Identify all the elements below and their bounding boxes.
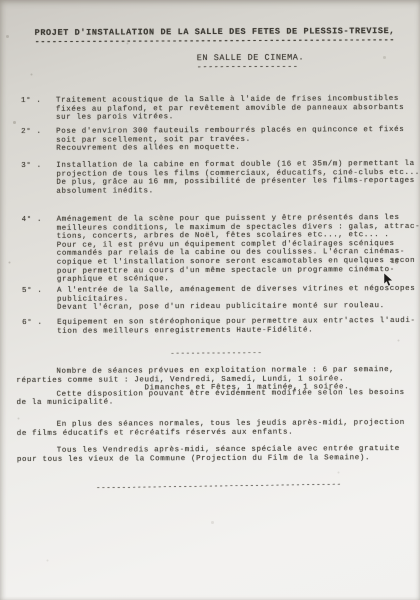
margin-note: 16 (390, 258, 399, 266)
document-page: PROJET D'INSTALLATION DE LA SALLE DES FE… (0, 0, 420, 600)
paragraph: Tous les Vendredis après-midi, séance sp… (17, 445, 400, 464)
mouse-cursor-icon (383, 273, 394, 287)
text-line: pour tous les vieux de la Commune (Proje… (17, 454, 400, 465)
document-content: PROJET D'INSTALLATION DE LA SALLE DES FE… (0, 0, 420, 600)
paragraphs: Nombre de séances prévues en exploitatio… (0, 0, 420, 600)
text-line: de la municipalité. (17, 397, 405, 408)
paragraph: Nombre de séances prévues en exploitatio… (16, 366, 404, 408)
text-line: de films éducatifs et récréatifs réservé… (17, 428, 405, 439)
paragraph: En plus des séances normales, tous les j… (17, 419, 405, 438)
